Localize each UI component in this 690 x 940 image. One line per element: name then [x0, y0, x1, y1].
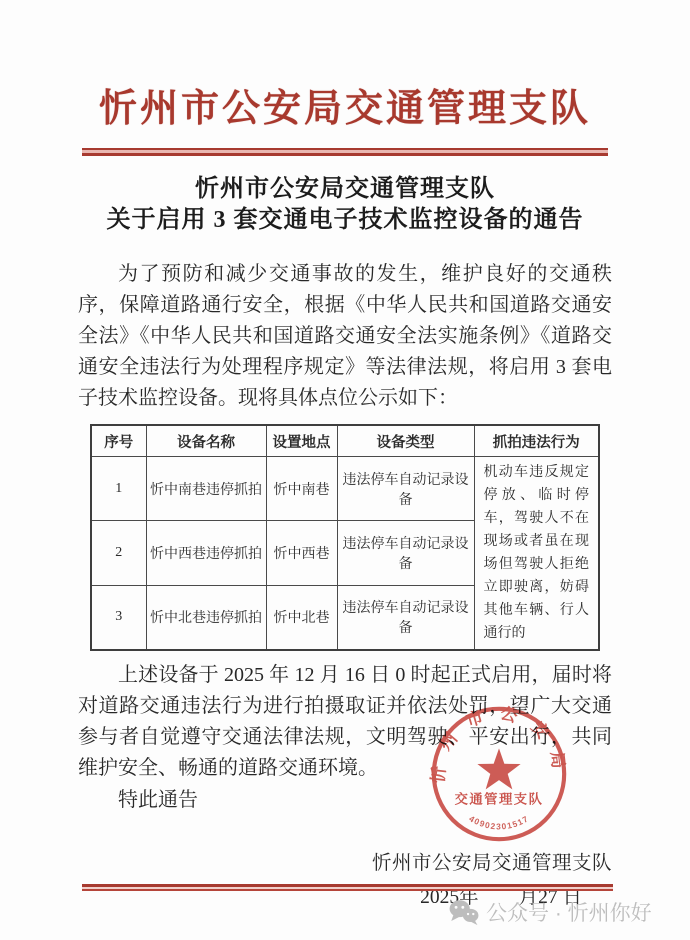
serial-cell: 2 [91, 521, 146, 585]
device-name-cell: 忻中西巷违停抓拍 [146, 521, 266, 585]
notice-title: 忻州市公安局交通管理支队 关于启用 3 套交通电子技术监控设备的通告 [50, 174, 640, 236]
notice-title-line2: 关于启用 3 套交通电子技术监控设备的通告 [50, 205, 640, 236]
wechat-icon [448, 899, 479, 926]
violation-merged-cell: 机动车违反规定停放、临时停车，驾驶人不在现场或者虽在现场但驾驶人拒绝立即驶离，妨… [474, 457, 599, 651]
body-paragraph-1: 为了预防和减少交通事故的发生，维护良好的交通秩序，保障道路通行安全，根据《中华人… [78, 259, 612, 414]
device-name-cell: 忻中南巷违停抓拍 [146, 457, 266, 521]
col-header-device-name: 设备名称 [146, 425, 266, 457]
watermark: 公众号 · 忻州你好 [448, 897, 652, 927]
device-type-cell: 违法停车自动记录设备 [337, 585, 474, 650]
location-cell: 忻中北巷 [266, 585, 337, 650]
device-type-cell: 违法停车自动记录设备 [337, 521, 474, 585]
serial-cell: 1 [91, 457, 146, 521]
closing-line: 特此通告 [78, 784, 612, 817]
watermark-label: 公众号 · 忻州你好 [486, 897, 652, 927]
col-header-violation: 抓拍违法行为 [474, 425, 599, 457]
device-table: 序号 设备名称 设置地点 设备类型 抓拍违法行为 1 忻中南巷违停抓拍 忻中南巷… [90, 424, 600, 651]
agency-masthead: 忻州市公安局交通管理支队 [40, 86, 650, 132]
signature-agency: 忻州市公安局交通管理支队 [78, 851, 612, 877]
body-paragraph-2: 上述设备于 2025 年 12 月 16 日 0 时起正式启用，届时将对道路交通… [78, 660, 612, 784]
col-header-device-type: 设备类型 [337, 425, 474, 457]
header-rule [82, 148, 608, 156]
footer-rule [82, 884, 613, 891]
table-row: 1 忻中南巷违停抓拍 忻中南巷 违法停车自动记录设备 机动车违反规定停放、临时停… [91, 457, 599, 521]
table-header-row: 序号 设备名称 设置地点 设备类型 抓拍违法行为 [91, 425, 599, 457]
location-cell: 忻中西巷 [266, 521, 337, 585]
device-type-cell: 违法停车自动记录设备 [337, 457, 474, 521]
location-cell: 忻中南巷 [266, 457, 337, 521]
serial-cell: 3 [91, 585, 146, 650]
notice-title-line1: 忻州市公安局交通管理支队 [50, 174, 640, 205]
notice-document: 忻州市公安局交通管理支队 忻州市公安局交通管理支队 关于启用 3 套交通电子技术… [0, 0, 690, 940]
col-header-serial: 序号 [91, 425, 146, 457]
col-header-location: 设置地点 [266, 425, 337, 457]
device-name-cell: 忻中北巷违停抓拍 [146, 585, 266, 650]
